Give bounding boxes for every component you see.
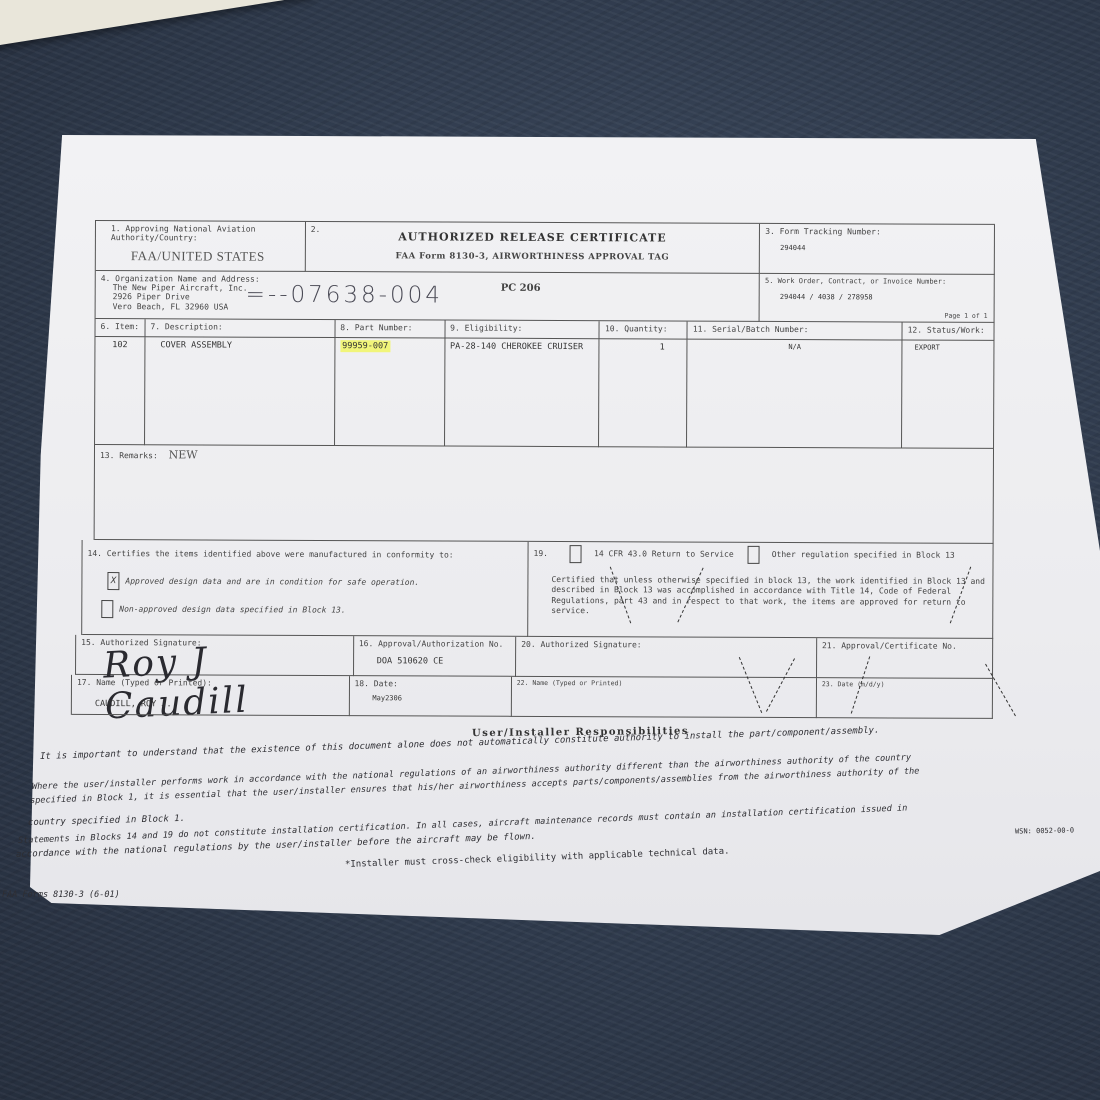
form-subtitle: FAA Form 8130-3, AIRWORTHINESS APPROVAL … — [311, 251, 755, 263]
approved-design-label: Approved design data and are in conditio… — [125, 577, 419, 587]
serial-number: N/A — [687, 340, 902, 449]
part-number: 99959-007 — [340, 340, 390, 352]
header-part-number: 8. Part Number: — [335, 320, 445, 338]
return-to-service-label: 14 CFR 43.0 Return to Service — [594, 550, 734, 560]
block18-label: 18. Date: — [354, 679, 505, 689]
header-status: 12. Status/Work: — [903, 323, 995, 341]
block17: 17. Name (Typed or Printed): CAUDILL, RO… — [72, 675, 350, 716]
form-title: AUTHORIZED RELEASE CERTIFICATE — [311, 230, 755, 245]
block23-label: 23. Date (m/d/y) — [822, 681, 987, 689]
block14-option2: Non-approved design data specified in Bl… — [87, 600, 522, 620]
form-tracking-number: 294044 — [765, 244, 989, 253]
part-number-cell: 99959-007 — [335, 338, 445, 446]
non-approved-design-label: Non-approved design data specified in Bl… — [119, 605, 345, 615]
block13-label: 13. Remarks: — [100, 451, 158, 460]
certification-row: 14. Certifies the items identified above… — [81, 540, 993, 639]
block17-label: 17. Name (Typed or Printed): — [77, 678, 344, 688]
approving-authority: FAA/UNITED STATES — [101, 248, 300, 265]
printed-name: CAUDILL, ROY J. — [77, 699, 344, 710]
header-serial: 11. Serial/Batch Number: — [688, 322, 903, 341]
wsn-number: WSN: 0052-00-0 — [1015, 826, 1074, 835]
form-footer: FAA Forms 8130-3 (6-01) — [2, 890, 120, 900]
item-description: COVER ASSEMBLY — [145, 337, 335, 446]
org-row: 4. Organization Name and Address: The Ne… — [95, 271, 995, 323]
block5: 5. Work Order, Contract, or Invoice Numb… — [760, 274, 995, 323]
other-regulation-checkbox[interactable] — [748, 546, 760, 564]
block14: 14. Certifies the items identified above… — [82, 540, 528, 637]
block19-statement: Certified that unless otherwise specifie… — [533, 575, 987, 619]
block4: 4. Organization Name and Address: The Ne… — [96, 271, 760, 322]
header-quantity: 10. Quantity: — [600, 321, 688, 339]
header-eligibility: 9. Eligibility: — [445, 321, 600, 340]
signature-row: 15. Authorized Signature: Roy J Caudill … — [75, 635, 993, 679]
block16: 16. Approval/Authorization No. DOA 51062… — [354, 636, 517, 677]
block1: 1. Approving National Aviation Authority… — [96, 221, 306, 272]
approved-design-checkbox[interactable]: X — [107, 572, 119, 590]
header-description: 7. Description: — [145, 319, 335, 338]
block19-label: 19. — [534, 549, 548, 558]
block3-label: 3. Form Tracking Number: — [765, 227, 989, 237]
block20-label: 20. Authorized Signature: — [521, 640, 811, 650]
date-value: May2306 — [354, 694, 505, 703]
handwritten-number: =--07638-004 — [246, 282, 443, 309]
work-order-number: 294044 / 4038 / 278958 — [765, 293, 989, 302]
block21: 21. Approval/Certificate No. — [817, 638, 993, 679]
table-row: 102 COVER ASSEMBLY 99959-007 PA-28-140 C… — [94, 337, 994, 449]
block13: 13. Remarks: NEW — [95, 445, 994, 544]
block20: 20. Authorized Signature: — [516, 637, 817, 678]
header-item: 6. Item: — [95, 319, 145, 337]
status-work: EXPORT — [902, 341, 994, 449]
faa-form-8130-3: 1. Approving National Aviation Authority… — [93, 220, 995, 719]
non-approved-design-checkbox[interactable] — [101, 600, 113, 618]
block2: 2. AUTHORIZED RELEASE CERTIFICATE FAA Fo… — [306, 222, 761, 274]
block15: 15. Authorized Signature: Roy J Caudill — [76, 635, 354, 676]
block18: 18. Date: May2306 — [349, 676, 511, 717]
block22: 22. Name (Typed or Printed) — [512, 677, 817, 718]
block21-label: 21. Approval/Certificate No. — [822, 641, 987, 651]
block22-label: 22. Name (Typed or Printed) — [517, 680, 811, 689]
page-indicator: Page 1 of 1 — [945, 312, 988, 320]
return-to-service-checkbox[interactable] — [570, 545, 582, 563]
pc-number: PC 206 — [501, 283, 541, 294]
block14-label: 14. Certifies the items identified above… — [88, 549, 523, 560]
item-number: 102 — [95, 337, 145, 445]
block16-label: 16. Approval/Authorization No. — [359, 639, 510, 649]
remarks-row: 13. Remarks: NEW — [94, 445, 994, 544]
block23: 23. Date (m/d/y) — [817, 678, 993, 719]
approval-number: DOA 510620 CE — [359, 656, 510, 667]
block5-label: 5. Work Order, Contract, or Invoice Numb… — [765, 277, 989, 286]
remarks-value: NEW — [169, 448, 198, 461]
other-regulation-label: Other regulation specified in Block 13 — [772, 550, 955, 560]
header-row: 1. Approving National Aviation Authority… — [95, 220, 995, 275]
name-date-row: 17. Name (Typed or Printed): CAUDILL, RO… — [71, 675, 993, 719]
eligibility: PA-28-140 CHEROKEE CRUISER — [445, 339, 600, 448]
block3: 3. Form Tracking Number: 294044 — [760, 224, 995, 275]
block19: 19. 14 CFR 43.0 Return to Service Other … — [528, 542, 993, 639]
block14-option1: XApproved design data and are in conditi… — [87, 572, 522, 592]
quantity: 1 — [599, 339, 687, 447]
block1-label: 1. Approving National Aviation Authority… — [101, 224, 261, 243]
